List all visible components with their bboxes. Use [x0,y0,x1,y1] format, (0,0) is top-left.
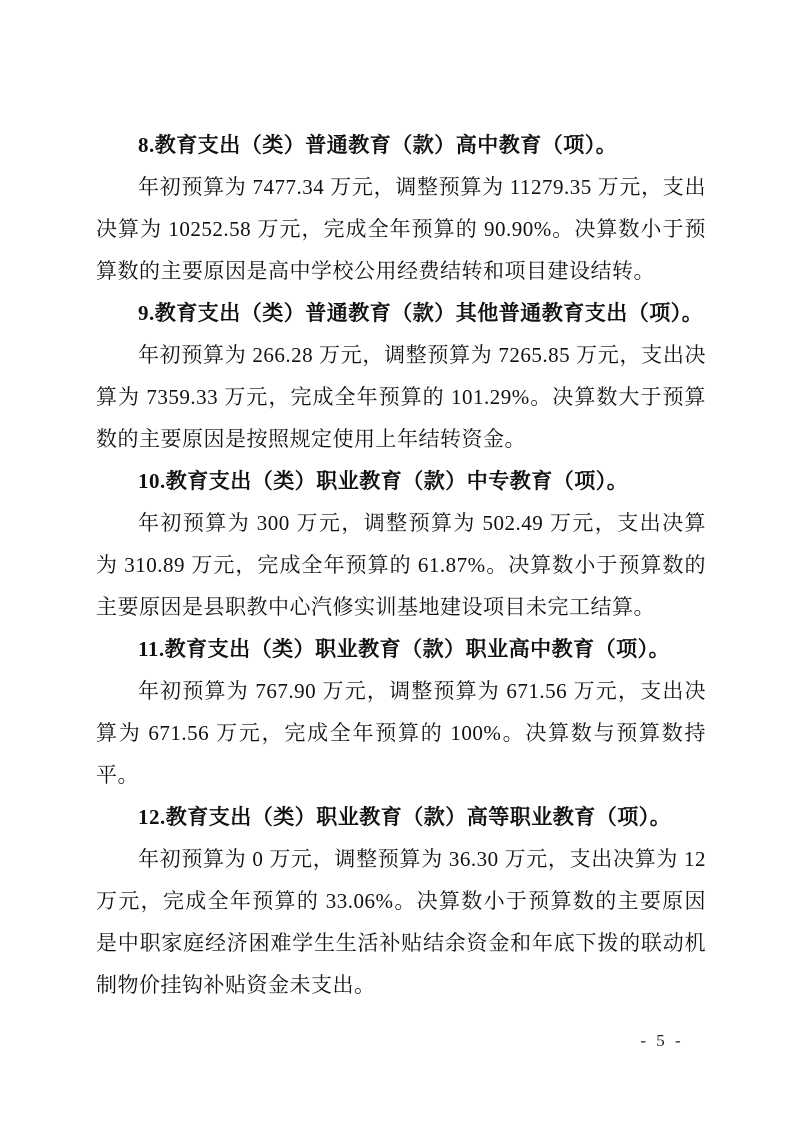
page-number: - 5 - [612,1031,712,1051]
document-page: 8.教育支出（类）普通教育（款）高中教育（项）。 年初预算为 7477.34 万… [0,0,793,1122]
section-12-heading: 12.教育支出（类）职业教育（款）高等职业教育（项）。 [96,796,706,838]
section-10-body: 年初预算为 300 万元，调整预算为 502.49 万元，支出决算为 310.8… [96,502,706,628]
section-12-body: 年初预算为 0 万元，调整预算为 36.30 万元，支出决算为 12 万元，完成… [96,838,706,1006]
section-9: 9.教育支出（类）普通教育（款）其他普通教育支出（项）。 年初预算为 266.2… [96,292,706,460]
section-8: 8.教育支出（类）普通教育（款）高中教育（项）。 年初预算为 7477.34 万… [96,124,706,292]
section-10: 10.教育支出（类）职业教育（款）中专教育（项）。 年初预算为 300 万元，调… [96,460,706,628]
section-11: 11.教育支出（类）职业教育（款）职业高中教育（项）。 年初预算为 767.90… [96,628,706,796]
section-8-heading: 8.教育支出（类）普通教育（款）高中教育（项）。 [96,124,706,166]
document-body: 8.教育支出（类）普通教育（款）高中教育（项）。 年初预算为 7477.34 万… [96,124,706,1006]
section-8-body: 年初预算为 7477.34 万元，调整预算为 11279.35 万元，支出决算为… [96,166,706,292]
section-10-heading: 10.教育支出（类）职业教育（款）中专教育（项）。 [96,460,706,502]
section-11-heading: 11.教育支出（类）职业教育（款）职业高中教育（项）。 [96,628,706,670]
section-11-body: 年初预算为 767.90 万元，调整预算为 671.56 万元，支出决算为 67… [96,670,706,796]
section-12: 12.教育支出（类）职业教育（款）高等职业教育（项）。 年初预算为 0 万元，调… [96,796,706,1006]
section-9-heading: 9.教育支出（类）普通教育（款）其他普通教育支出（项）。 [96,292,706,334]
section-9-body: 年初预算为 266.28 万元，调整预算为 7265.85 万元，支出决算为 7… [96,334,706,460]
